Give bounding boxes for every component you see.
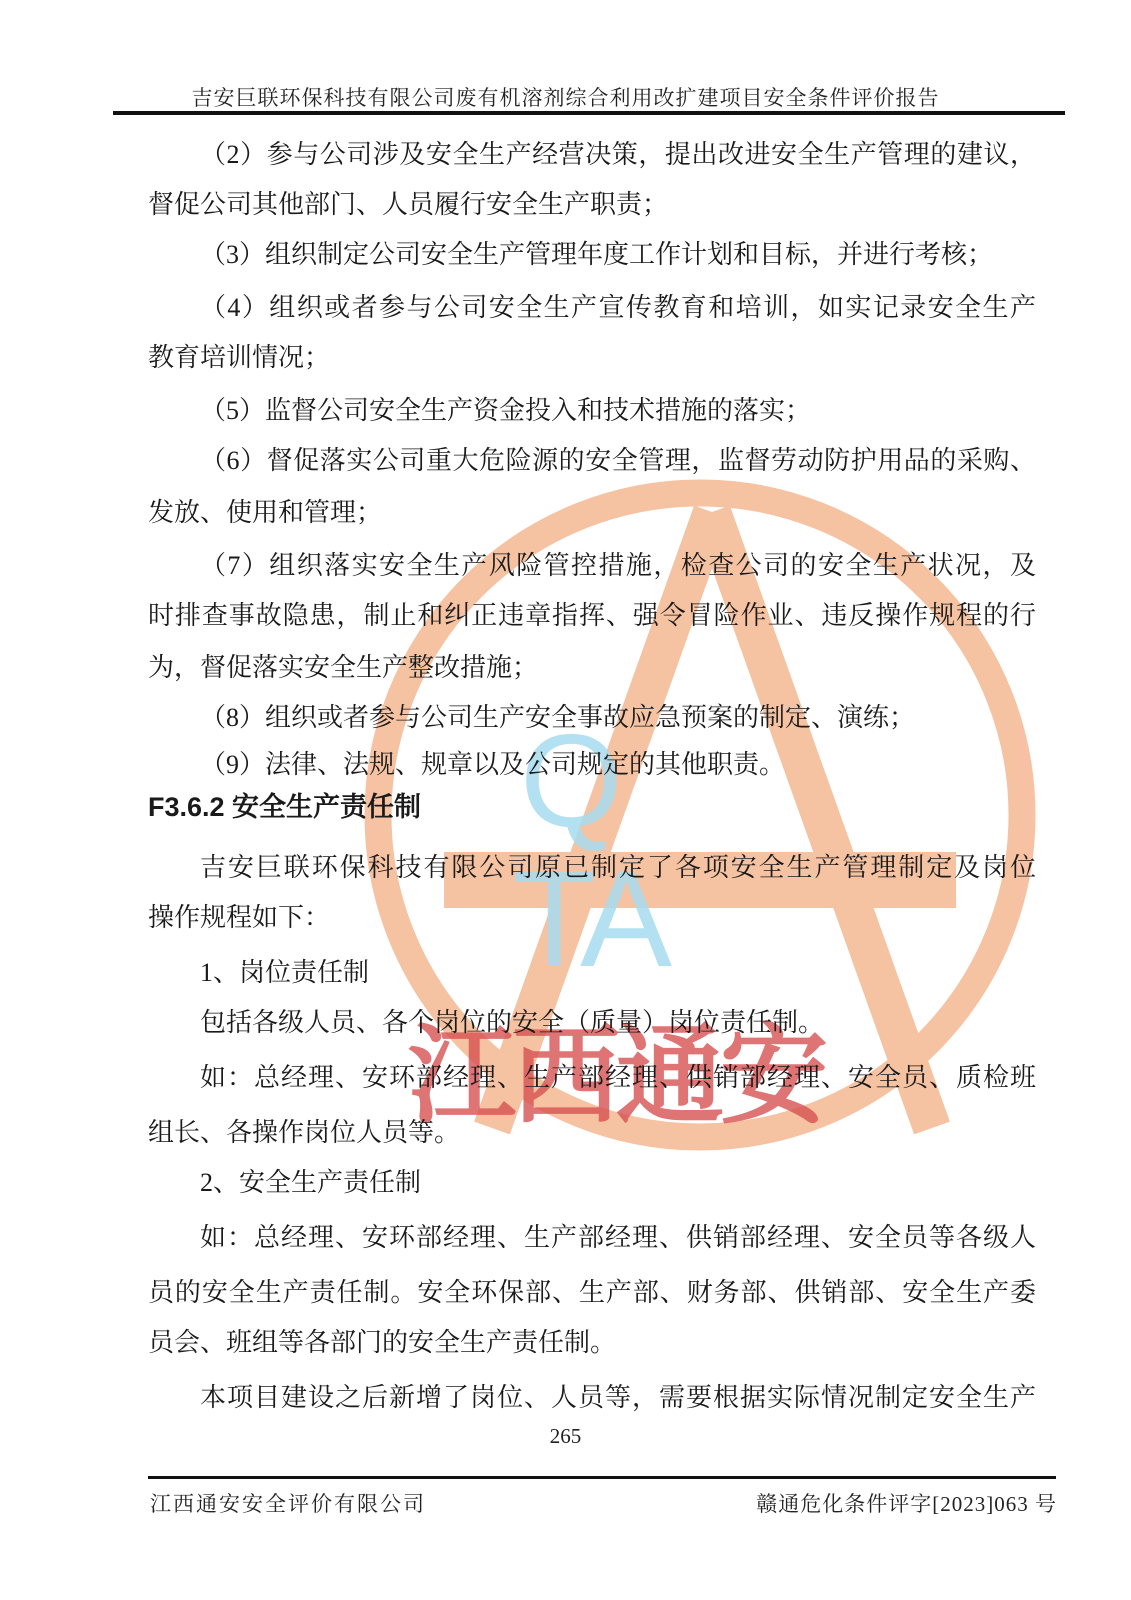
header-rule xyxy=(113,111,1065,115)
report-page: 吉安巨联环保科技有限公司废有机溶剂综合利用改扩建项目安全条件评价报告 Q TA … xyxy=(0,0,1131,1600)
footer-page-number: 265 xyxy=(0,1424,1131,1449)
footer-company-name: 江西通安安全评价有限公司 xyxy=(150,1488,426,1518)
body-line: 组长、各操作岗位人员等。 xyxy=(148,1117,1036,1149)
body-line: 包括各级人员、各个岗位的安全（质量）岗位责任制。 xyxy=(148,1007,1036,1039)
body-line: 本项目建设之后新增了岗位、人员等，需要根据实际情况制定安全生产 xyxy=(148,1382,1036,1414)
body-line: 2、安全生产责任制 xyxy=(148,1167,1036,1199)
body-line: 如：总经理、安环部经理、生产部经理、供销部经理、安全员等各级人 xyxy=(148,1222,1036,1254)
page-header-title: 吉安巨联环保科技有限公司废有机溶剂综合利用改扩建项目安全条件评价报告 xyxy=(0,82,1131,112)
body-line: （4）组织或者参与公司安全生产宣传教育和培训，如实记录安全生产 xyxy=(148,292,1036,324)
body-line: 员的安全生产责任制。安全环保部、生产部、财务部、供销部、安全生产委 xyxy=(148,1277,1036,1309)
body-line: 吉安巨联环保科技有限公司原已制定了各项安全生产管理制定及岗位 xyxy=(148,852,1036,884)
body-line: （5）监督公司安全生产资金投入和技术措施的落实； xyxy=(148,395,1036,427)
body-line: 时排查事故隐患，制止和纠正违章指挥、强令冒险作业、违反操作规程的行 xyxy=(148,600,1036,632)
body-line: 发放、使用和管理； xyxy=(148,497,1036,529)
body-line: （8）组织或者参与公司生产安全事故应急预案的制定、演练； xyxy=(148,702,1036,734)
body-line: 督促公司其他部门、人员履行安全生产职责； xyxy=(148,189,1036,221)
body-line: （3）组织制定公司安全生产管理年度工作计划和目标，并进行考核； xyxy=(148,239,1036,271)
section-heading: F3.6.2 安全生产责任制 xyxy=(148,791,1036,823)
body-line: （7）组织落实安全生产风险管控措施，检查公司的安全生产状况，及 xyxy=(148,550,1036,582)
body-line: （9）法律、法规、规章以及公司规定的其他职责。 xyxy=(148,749,1036,781)
footer-rule xyxy=(148,1476,1056,1479)
body-line: 为，督促落实安全生产整改措施； xyxy=(148,652,1036,684)
body-line: （2）参与公司涉及安全生产经营决策，提出改进安全生产管理的建议， xyxy=(148,139,1036,171)
body-line: 1、岗位责任制 xyxy=(148,957,1036,989)
footer-doc-number: 赣通危化条件评字[2023]063 号 xyxy=(756,1488,1057,1518)
body-line: （6）督促落实公司重大危险源的安全管理，监督劳动防护用品的采购、 xyxy=(148,445,1036,477)
body-line: 如：总经理、安环部经理、生产部经理、供销部经理、安全员、质检班 xyxy=(148,1062,1036,1094)
body-line: 员会、班组等各部门的安全生产责任制。 xyxy=(148,1327,1036,1359)
body-line: 教育培训情况； xyxy=(148,342,1036,374)
body-line: 操作规程如下： xyxy=(148,902,1036,934)
